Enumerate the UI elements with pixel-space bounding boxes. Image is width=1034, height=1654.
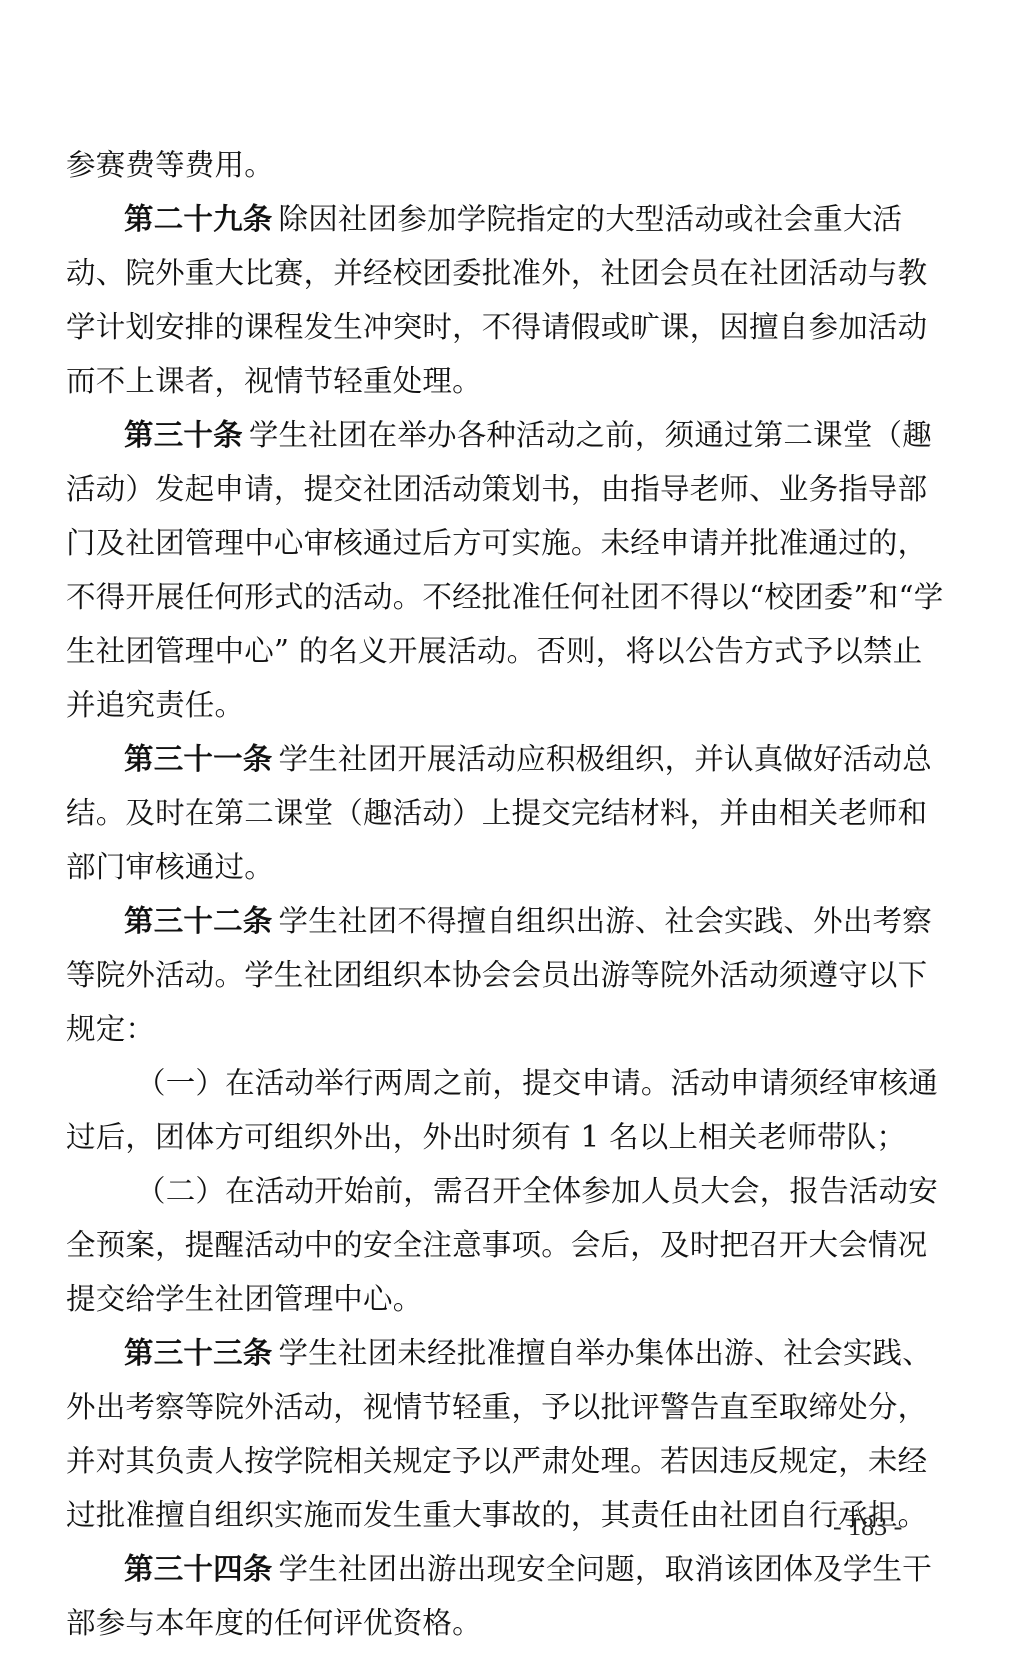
- text-line: 过后，团体方可组织外出，外出时须有 1 名以上相关老师带队；: [66, 1110, 918, 1164]
- line-text: 除因社团参加学院指定的大型活动或社会重大活: [279, 202, 903, 236]
- text-line: 学计划安排的课程发生冲突时，不得请假或旷课，因擅自参加活动: [66, 300, 918, 354]
- article-line: 第三十一条学生社团开展活动应积极组织，并认真做好活动总: [66, 732, 918, 786]
- text-line: 部参与本年度的任何评优资格。: [66, 1596, 918, 1650]
- article-line: 第三十二条学生社团不得擅自组织出游、社会实践、外出考察: [66, 894, 918, 948]
- article-number: 第三十三条: [124, 1335, 273, 1370]
- text-line: 部门审核通过。: [66, 840, 918, 894]
- text-line: 外出考察等院外活动，视情节轻重，予以批评警告直至取缔处分，: [66, 1380, 918, 1434]
- article-number: 第三十四条: [124, 1551, 273, 1586]
- text-line: 不得开展任何形式的活动。不经批准任何社团不得以“校团委”和“学: [66, 570, 918, 624]
- text-line: 全预案，提醒活动中的安全注意事项。会后，及时把召开大会情况: [66, 1218, 918, 1272]
- line-text: 并追究责任。: [66, 688, 244, 722]
- line-text: 部参与本年度的任何评优资格。: [66, 1606, 482, 1640]
- article-number: 第二十九条: [124, 201, 273, 236]
- line-text: 学生社团在举办各种活动之前，须通过第二课堂（趣: [249, 418, 932, 452]
- line-text: 不得开展任何形式的活动。不经批准任何社团不得以“校团委”和“学: [66, 580, 943, 614]
- text-line: 参赛费等费用。: [66, 138, 918, 192]
- line-text: 而不上课者，视情节轻重处理。: [66, 364, 482, 398]
- article-line: 第三十四条学生社团出游出现安全问题，取消该团体及学生干: [66, 1542, 918, 1596]
- line-text: 外出考察等院外活动，视情节轻重，予以批评警告直至取缔处分，: [66, 1390, 927, 1424]
- line-text: 结。及时在第二课堂（趣活动）上提交完结材料，并由相关老师和: [66, 796, 927, 830]
- page-number: - 183 -: [833, 1512, 902, 1542]
- article-number: 第三十一条: [124, 741, 273, 776]
- line-text: （二）在活动开始前，需召开全体参加人员大会，报告活动安: [136, 1174, 938, 1208]
- line-text: 学计划安排的课程发生冲突时，不得请假或旷课，因擅自参加活动: [66, 310, 927, 344]
- line-text: 全预案，提醒活动中的安全注意事项。会后，及时把召开大会情况: [66, 1228, 927, 1262]
- text-line: 提交给学生社团管理中心。: [66, 1272, 918, 1326]
- article-number: 第三十二条: [124, 903, 273, 938]
- line-text: 规定：: [66, 1012, 155, 1046]
- text-line: 并追究责任。: [66, 678, 918, 732]
- line-text: 生社团管理中心” 的名义开展活动。否则，将以公告方式予以禁止: [66, 634, 922, 668]
- article-number: 第三十条: [124, 417, 243, 452]
- line-text: 过批准擅自组织实施而发生重大事故的，其责任由社团自行承担。: [66, 1498, 927, 1532]
- line-text: 动、院外重大比赛，并经校团委批准外，社团会员在社团活动与教: [66, 256, 927, 290]
- text-line: 结。及时在第二课堂（趣活动）上提交完结材料，并由相关老师和: [66, 786, 918, 840]
- text-line: 并对其负责人按学院相关规定予以严肃处理。若因违反规定，未经: [66, 1434, 918, 1488]
- text-line: （二）在活动开始前，需召开全体参加人员大会，报告活动安: [66, 1164, 918, 1218]
- line-text: 部门审核通过。: [66, 850, 274, 884]
- line-text: 等院外活动。学生社团组织本协会会员出游等院外活动须遵守以下: [66, 958, 927, 992]
- line-text: 门及社团管理中心审核通过后方可实施。未经申请并批准通过的，: [66, 526, 927, 560]
- text-line: 动、院外重大比赛，并经校团委批准外，社团会员在社团活动与教: [66, 246, 918, 300]
- text-line: （一）在活动举行两周之前，提交申请。活动申请须经审核通: [66, 1056, 918, 1110]
- text-line: 门及社团管理中心审核通过后方可实施。未经申请并批准通过的，: [66, 516, 918, 570]
- document-page: 参赛费等费用。第二十九条除因社团参加学院指定的大型活动或社会重大活动、院外重大比…: [66, 138, 918, 1650]
- line-text: 学生社团不得擅自组织出游、社会实践、外出考察: [279, 904, 932, 938]
- text-line: 而不上课者，视情节轻重处理。: [66, 354, 918, 408]
- line-text: 参赛费等费用。: [66, 148, 274, 182]
- line-text: （一）在活动举行两周之前，提交申请。活动申请须经审核通: [136, 1066, 938, 1100]
- text-line: 过批准擅自组织实施而发生重大事故的，其责任由社团自行承担。: [66, 1488, 918, 1542]
- line-text: 提交给学生社团管理中心。: [66, 1282, 422, 1316]
- article-line: 第三十条学生社团在举办各种活动之前，须通过第二课堂（趣: [66, 408, 918, 462]
- article-line: 第三十三条学生社团未经批准擅自举办集体出游、社会实践、: [66, 1326, 918, 1380]
- text-line: 规定：: [66, 1002, 918, 1056]
- line-text: 并对其负责人按学院相关规定予以严肃处理。若因违反规定，未经: [66, 1444, 927, 1478]
- text-line: 生社团管理中心” 的名义开展活动。否则，将以公告方式予以禁止: [66, 624, 918, 678]
- line-text: 活动）发起申请，提交社团活动策划书，由指导老师、业务指导部: [66, 472, 927, 506]
- line-text: 学生社团出游出现安全问题，取消该团体及学生干: [279, 1552, 932, 1586]
- text-line: 活动）发起申请，提交社团活动策划书，由指导老师、业务指导部: [66, 462, 918, 516]
- article-line: 第二十九条除因社团参加学院指定的大型活动或社会重大活: [66, 192, 918, 246]
- text-line: 等院外活动。学生社团组织本协会会员出游等院外活动须遵守以下: [66, 948, 918, 1002]
- line-text: 学生社团开展活动应积极组织，并认真做好活动总: [279, 742, 932, 776]
- line-text: 过后，团体方可组织外出，外出时须有 1 名以上相关老师带队；: [66, 1120, 906, 1154]
- line-text: 学生社团未经批准擅自举办集体出游、社会实践、: [279, 1336, 932, 1370]
